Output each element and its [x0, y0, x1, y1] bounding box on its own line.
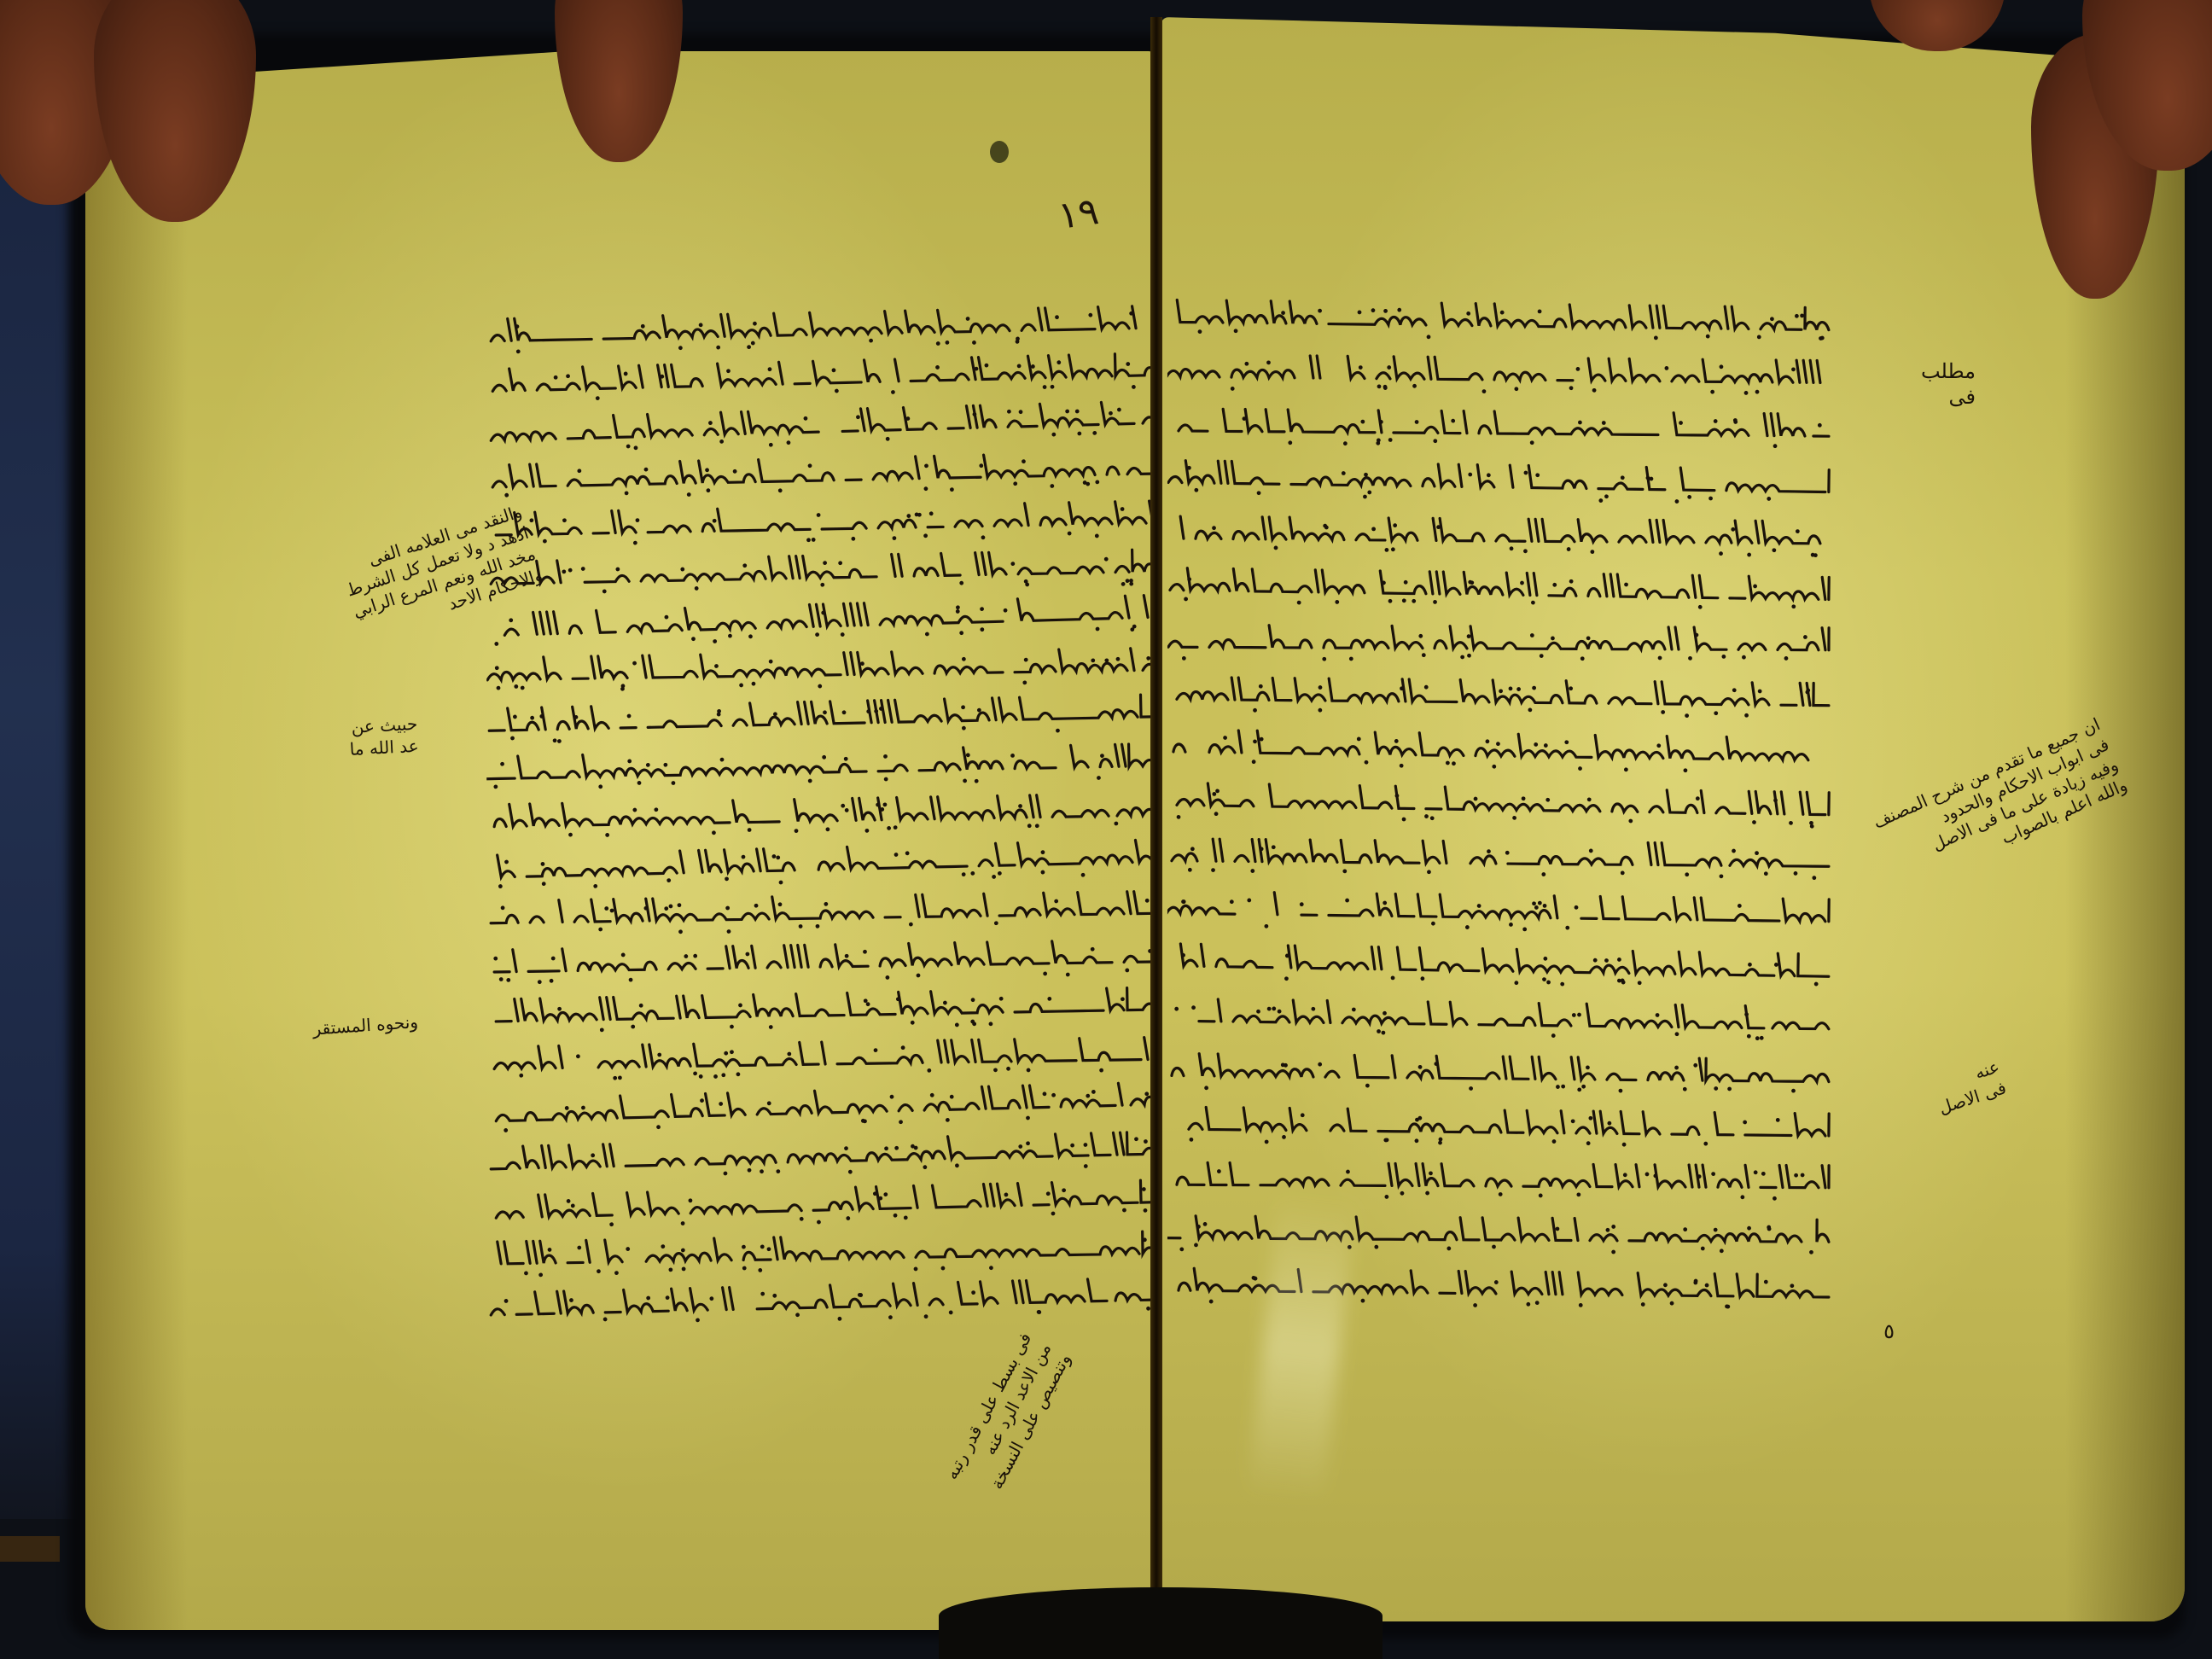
right-page-end-mark: ٥ — [1860, 1318, 1895, 1344]
manuscript-text-line — [486, 590, 1157, 651]
manuscript-text-line — [1167, 1211, 1833, 1258]
manuscript-text-line — [486, 886, 1157, 939]
manuscript-text-line — [486, 1032, 1157, 1084]
gutter-shadow — [939, 1587, 1382, 1659]
ink-blot — [990, 141, 1009, 163]
manuscript-text-line — [1167, 886, 1834, 937]
manuscript-text-line — [1167, 725, 1834, 776]
left-page-text-block — [486, 307, 1157, 1331]
manuscript-text-line — [1167, 939, 1834, 992]
manuscript-text-line — [486, 982, 1157, 1037]
manuscript-text-line — [486, 446, 1157, 503]
manuscript-text-line — [1167, 455, 1834, 507]
manuscript-text-line — [1167, 834, 1833, 882]
manuscript-text-line — [1167, 993, 1834, 1045]
manuscript-text-line — [1167, 349, 1833, 398]
manuscript-text-line — [486, 544, 1157, 600]
manuscript-text-line — [486, 1226, 1157, 1279]
manuscript-text-line — [1167, 620, 1833, 666]
manuscript-text-line — [1167, 511, 1833, 559]
manuscript-text-line — [1167, 294, 1834, 345]
manuscript-text-line — [1167, 777, 1834, 830]
left-margin-note-middle: حبيث عن عد الله ما — [247, 713, 419, 765]
right-page-text-block — [1167, 299, 1833, 1323]
manuscript-text-line — [486, 396, 1157, 457]
manuscript-text-line — [486, 690, 1157, 747]
book-gutter — [1150, 17, 1162, 1621]
manuscript-text-line — [486, 643, 1157, 696]
manuscript-text-line — [486, 300, 1157, 357]
manuscript-text-line — [486, 1272, 1157, 1330]
folio-number: ١٩ — [1056, 189, 1102, 238]
manuscript-text-line — [486, 788, 1157, 842]
manuscript-text-line — [1167, 1048, 1833, 1097]
background-object — [0, 1536, 60, 1562]
manuscript-text-line — [1167, 562, 1834, 614]
manuscript-text-line — [486, 738, 1157, 794]
manuscript-text-line — [486, 496, 1157, 550]
manuscript-text-line — [1167, 672, 1833, 720]
manuscript-text-line — [486, 1126, 1157, 1185]
manuscript-text-line — [1167, 404, 1833, 451]
manuscript-text-line — [1167, 1157, 1833, 1203]
right-margin-note-top: مطلب فى — [1882, 358, 1976, 410]
manuscript-text-line — [486, 1077, 1157, 1137]
manuscript-text-line — [486, 934, 1157, 987]
manuscript-text-line — [486, 835, 1157, 894]
manuscript-text-line — [486, 1175, 1157, 1234]
manuscript-text-line — [1167, 1102, 1833, 1151]
